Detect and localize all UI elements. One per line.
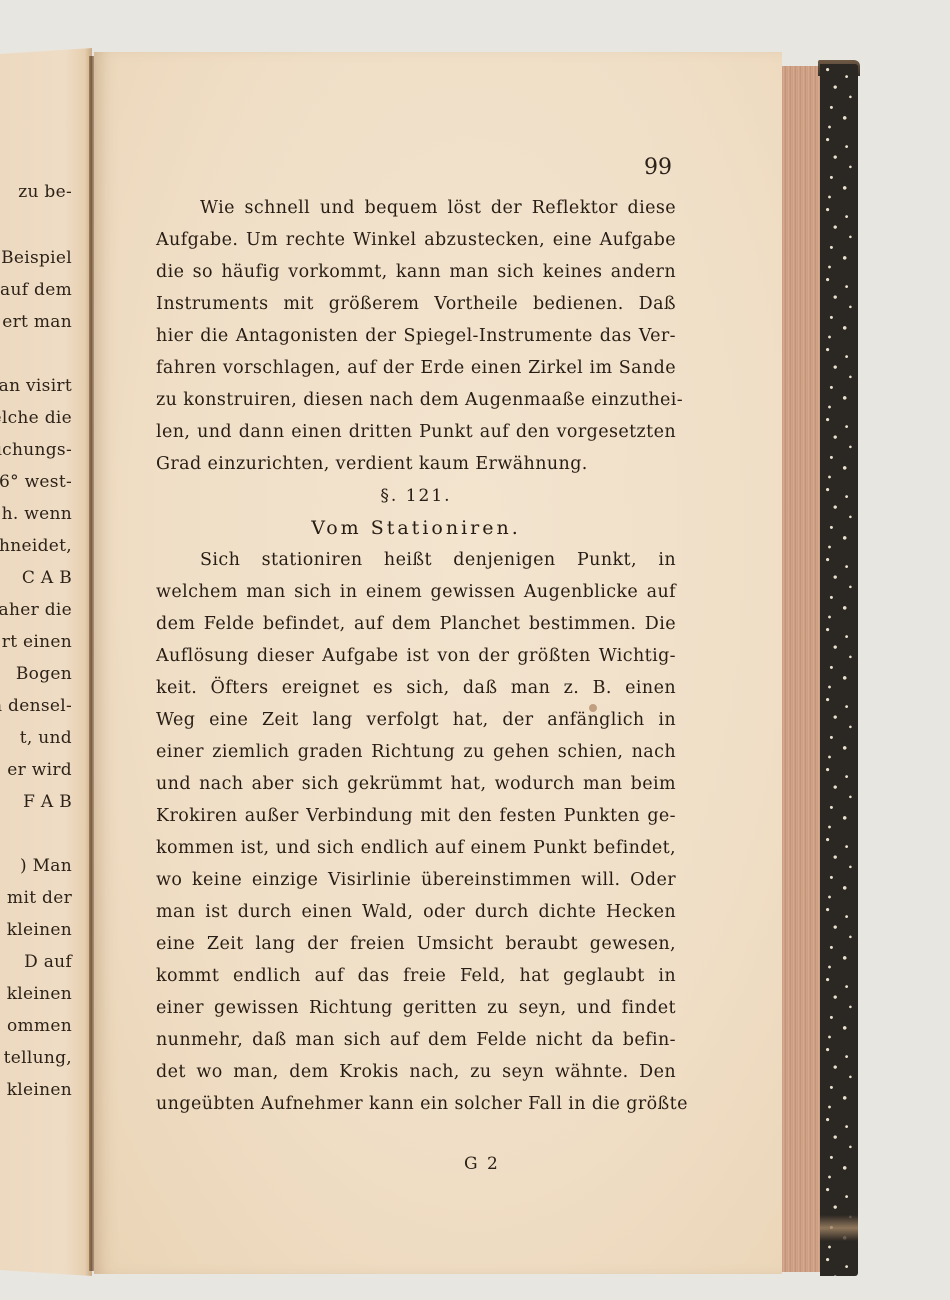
left-page-line-fragment: kleinen [7, 1080, 72, 1100]
left-page-line-fragment: Bogen [16, 664, 72, 684]
text-line: Wie schnell und bequem löst der Reflekto… [156, 192, 676, 224]
text-line: Grad einzurichten, verdient kaum Erwähnu… [156, 448, 676, 480]
left-page-line-fragment: chneidet, [0, 536, 72, 556]
left-page-line-fragment: velche die [0, 408, 72, 428]
text-line: zu konstruiren, diesen nach dem Augenmaa… [156, 384, 676, 416]
text-line: welchem man sich in einem gewissen Augen… [156, 576, 676, 608]
text-line: keit. Öfters ereignet es sich, daß man z… [156, 672, 676, 704]
left-page-line-fragment: h. wenn [2, 504, 72, 524]
left-page-line-fragment: Beispiel [1, 248, 72, 268]
left-page-line-fragment: aher die [0, 600, 72, 620]
left-page-line-fragment: ert man [2, 312, 72, 332]
paragraph-1: Wie schnell und bequem löst der Reflekto… [156, 192, 676, 480]
text-line: die so häufig vorkommt, kann man sich ke… [156, 256, 676, 288]
signature-mark: G 2 [464, 1154, 500, 1174]
text-line: einer ziemlich graden Richtung zu gehen … [156, 736, 676, 768]
paragraph-2: Sich stationiren heißt denjenigen Punkt,… [156, 544, 676, 1120]
text-line: wo keine einzige Visirlinie übereinstimm… [156, 864, 676, 896]
text-line: und nach aber sich gekrümmt hat, wodurch… [156, 768, 676, 800]
left-page-line-fragment: D auf [24, 952, 72, 972]
text-line: hier die Antagonisten der Spiegel-Instru… [156, 320, 676, 352]
text-line: fahren vorschlagen, auf der Erde einen Z… [156, 352, 676, 384]
left-page-line-fragment: kleinen [7, 984, 72, 1004]
book-cover-speckled [820, 64, 858, 1276]
left-page-line-fragment: er wird [7, 760, 72, 780]
left-page-line-fragment: an visirt [0, 376, 72, 396]
left-page-fragment: zu be-Beispielauf demert manan visirtvel… [0, 48, 92, 1276]
page-number: 99 [644, 155, 672, 180]
text-line: kommt endlich auf das freie Feld, hat ge… [156, 960, 676, 992]
text-line: det wo man, dem Krokis nach, zu seyn wäh… [156, 1056, 676, 1088]
text-line: dem Felde befindet, auf dem Planchet bes… [156, 608, 676, 640]
left-page-line-fragment: auf dem [0, 280, 72, 300]
left-page-line-fragment: eichungs- [0, 440, 72, 460]
left-page-line-fragment: mit der [7, 888, 72, 908]
text-line: Krokiren außer Verbindung mit den festen… [156, 800, 676, 832]
left-page-line-fragment: ommen [7, 1016, 72, 1036]
page-block-edges [782, 66, 821, 1272]
left-page-line-fragment: rt einen [2, 632, 72, 652]
text-line: eine Zeit lang der freien Umsicht beraub… [156, 928, 676, 960]
left-page-line-fragment: t, und [20, 728, 72, 748]
text-line: nunmehr, daß man sich auf dem Felde nich… [156, 1024, 676, 1056]
text-line: Sich stationiren heißt denjenigen Punkt,… [156, 544, 676, 576]
text-line: Weg eine Zeit lang verfolgt hat, der anf… [156, 704, 676, 736]
text-line: kommen ist, und sich endlich auf einem P… [156, 832, 676, 864]
left-page-line-fragment: C A B [22, 568, 72, 588]
cover-worn-corner [820, 1215, 858, 1241]
text-line: man ist durch einen Wald, oder durch dic… [156, 896, 676, 928]
left-page-line-fragment: ) Man [20, 856, 72, 876]
left-page-line-fragment: tellung, [4, 1048, 72, 1068]
left-page-line-fragment: zu be- [18, 182, 72, 202]
text-line: Instruments mit größerem Vortheile bedie… [156, 288, 676, 320]
paper-stain [589, 704, 597, 712]
book-photo: zu be-Beispielauf demert manan visirtvel… [0, 0, 950, 1300]
left-page-line-fragment: F A B [23, 792, 72, 812]
left-page-line-fragment: 26° west- [0, 472, 72, 492]
section-title: Vom Stationiren. [156, 512, 676, 544]
text-line: einer gewissen Richtung geritten zu seyn… [156, 992, 676, 1024]
section-number: §. 121. [156, 480, 676, 512]
left-page-line-fragment: n densel- [0, 696, 72, 716]
page-text-block: Wie schnell und bequem löst der Reflekto… [156, 192, 676, 1120]
text-line: Auflösung dieser Aufgabe ist von der grö… [156, 640, 676, 672]
right-page: 99 Wie schnell und bequem löst der Refle… [94, 52, 782, 1274]
text-line: ungeübten Aufnehmer kann ein solcher Fal… [156, 1088, 676, 1120]
text-line: Aufgabe. Um rechte Winkel abzustecken, e… [156, 224, 676, 256]
text-line: len, und dann einen dritten Punkt auf de… [156, 416, 676, 448]
left-page-line-fragment: kleinen [7, 920, 72, 940]
